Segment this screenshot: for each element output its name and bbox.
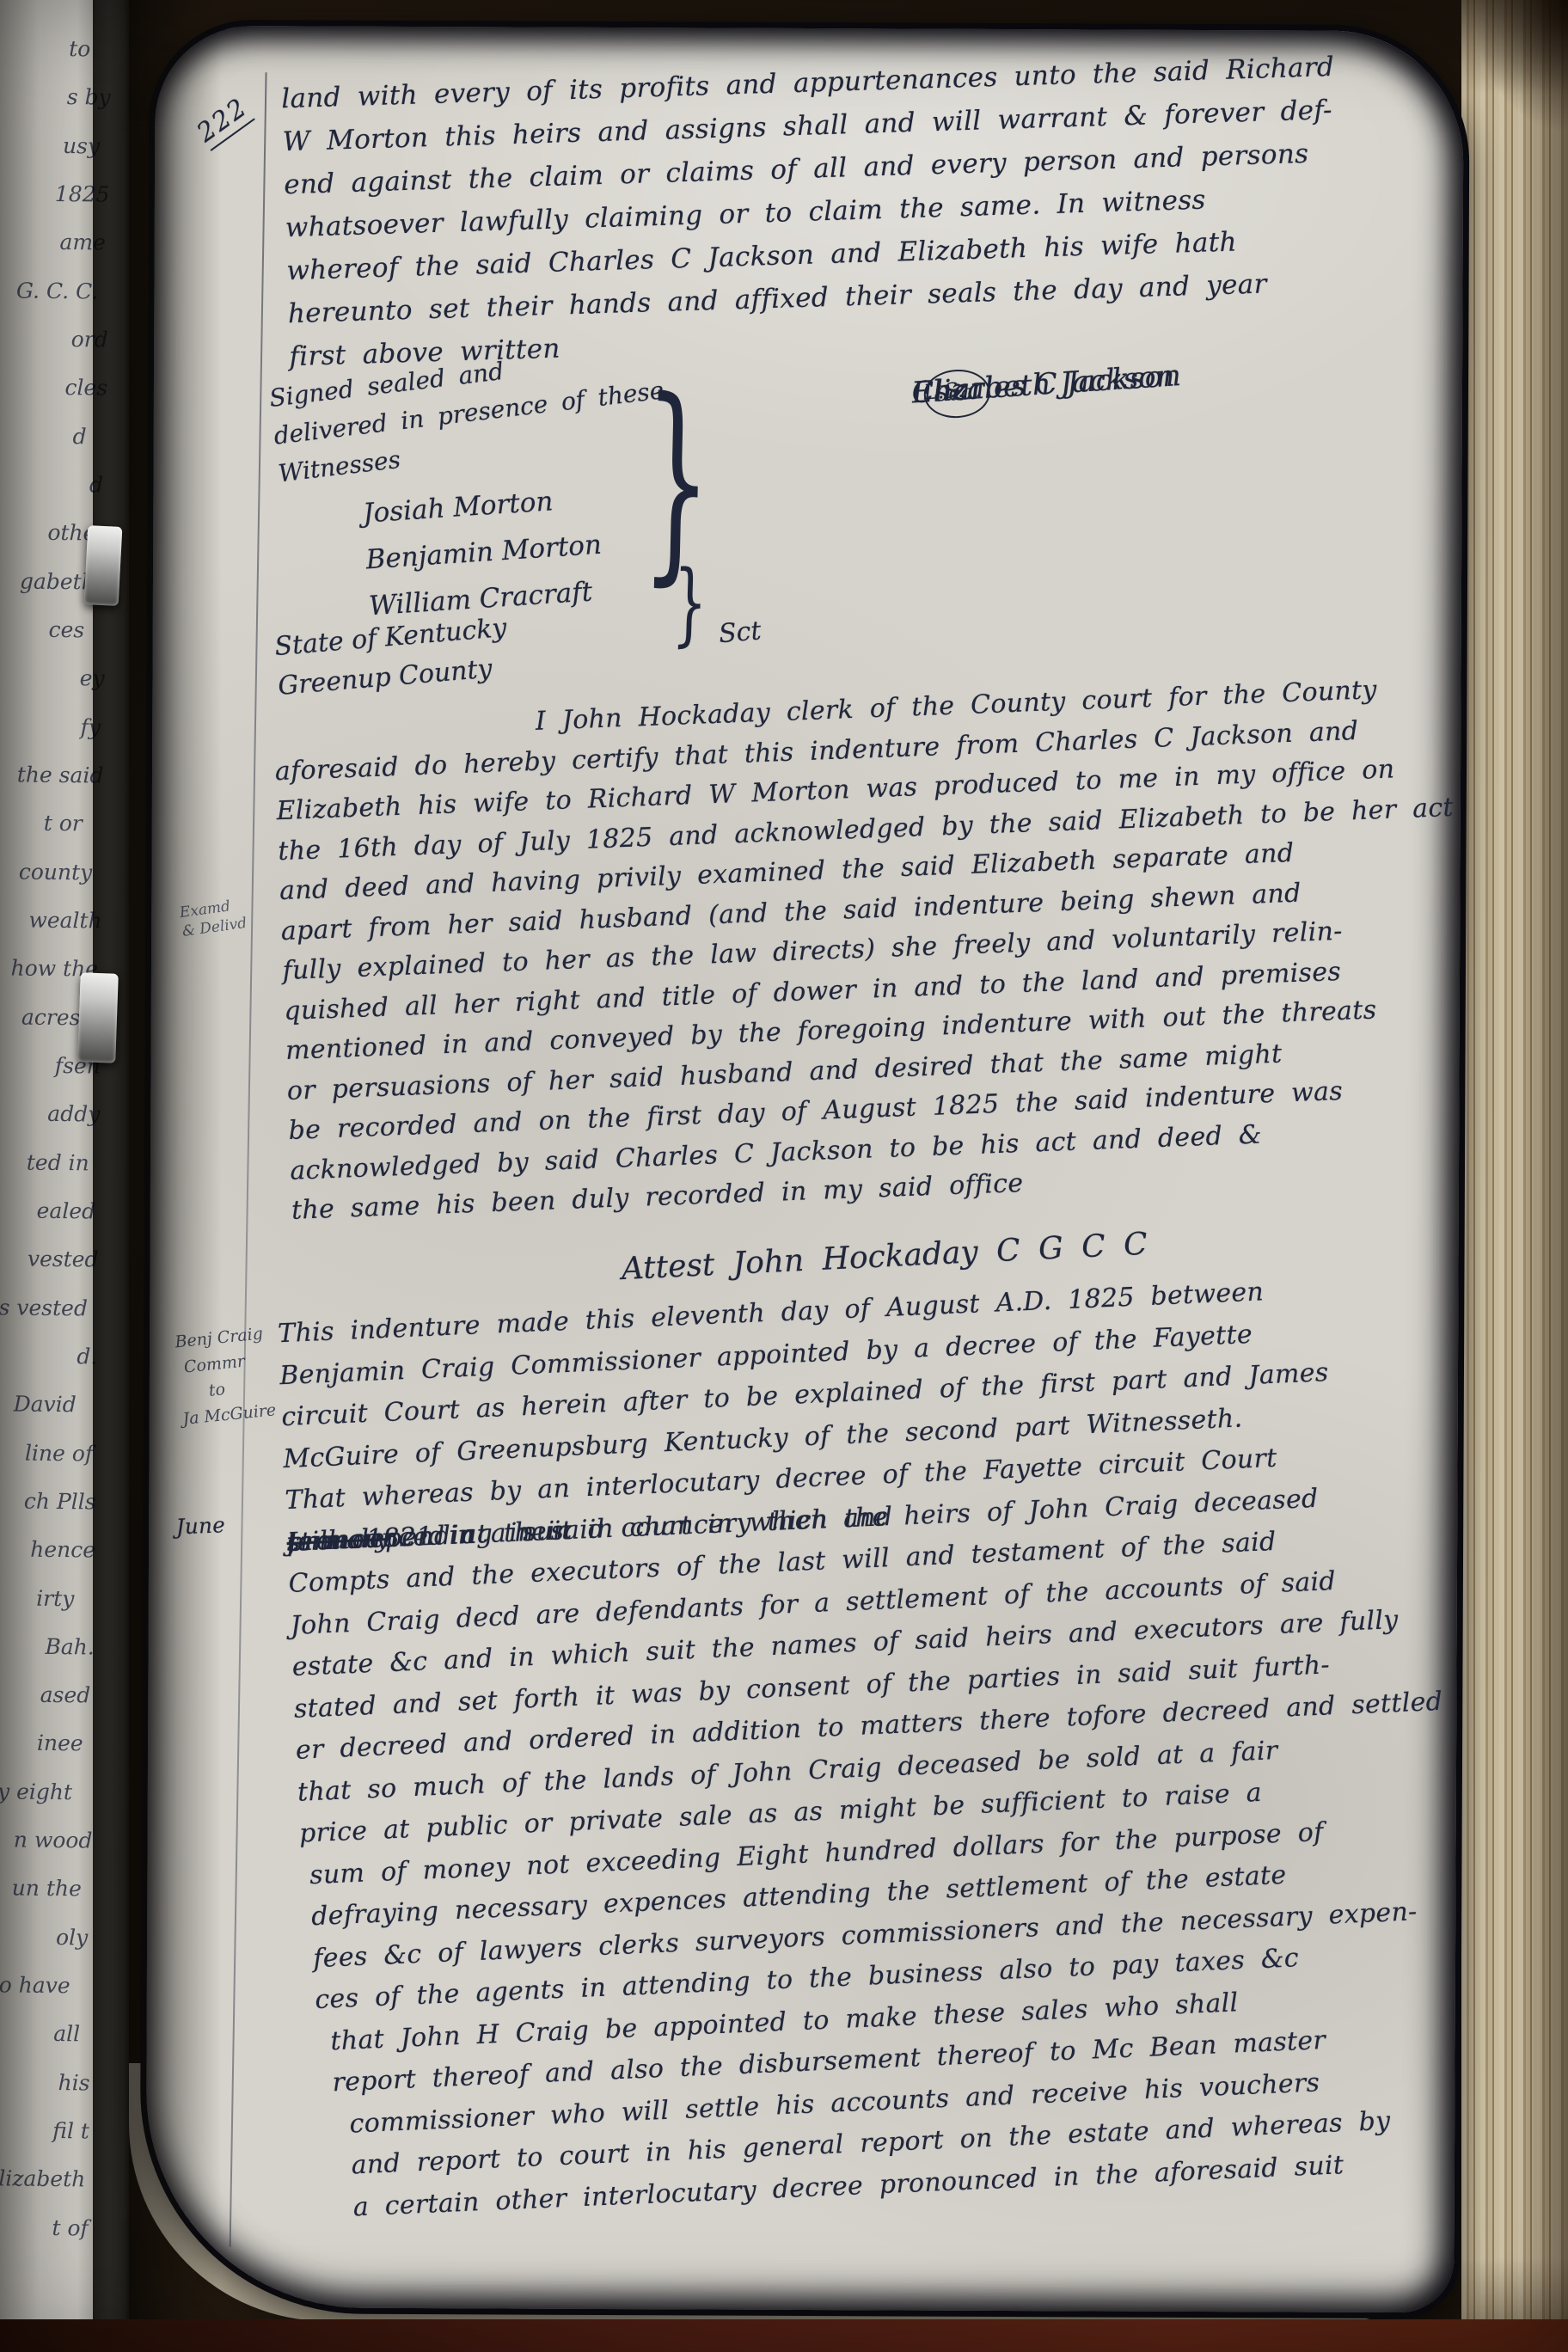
text-line: 1825	[55, 183, 110, 205]
text-line: d.	[77, 1345, 97, 1367]
text-line: y eight	[0, 1780, 72, 1803]
text-line: n wood	[14, 1829, 93, 1852]
text-line: ame	[59, 231, 106, 254]
text-line: ord	[71, 328, 108, 350]
page-number: 222	[192, 92, 255, 151]
margin-rule-line	[230, 72, 267, 2247]
seal-mark: L.S.	[922, 370, 965, 413]
text-line: ased	[40, 1684, 91, 1706]
text-line: ealed	[36, 1200, 95, 1222]
text-line: ces	[48, 619, 84, 640]
binding-post-icon	[84, 525, 123, 606]
text-line: ch Plls	[24, 1490, 96, 1512]
deed-book-photo: tos byusy1825ameG. C. C.ordclesddotherga…	[0, 0, 1568, 2352]
text-line: vested	[28, 1248, 99, 1271]
sct-label: Sct	[717, 611, 763, 654]
text-line: wealth	[28, 910, 102, 932]
text-line: line of	[25, 1442, 93, 1464]
text-line: the said	[17, 763, 104, 786]
jurisdiction-brace: }	[671, 582, 707, 624]
text-line: d	[72, 426, 86, 447]
text-line: usy	[63, 135, 100, 156]
deed-book-page: 222 land with every of its profits and a…	[139, 20, 1470, 2319]
facing-page-sliver: tos byusy1825ameG. C. C.ordclesddotherga…	[0, 0, 129, 2326]
acknowledgment-certificate-paragraph: I John Hockaday clerk of the County cour…	[273, 667, 1495, 1232]
text-line: ey	[80, 668, 105, 689]
table-surface	[0, 2319, 1568, 2352]
text-line: s by	[67, 86, 111, 108]
clerk-margin-note: Examd& Delivd	[179, 895, 248, 941]
text-line: David	[14, 1393, 77, 1416]
text-line: to	[69, 38, 90, 59]
facing-page-text-fragments: tos byusy1825ameG. C. C.ordclesddotherga…	[0, 37, 121, 2239]
jurisdiction-caption: State of Kentucky Greenup County } Sct	[273, 609, 511, 707]
text-line: G. C. C.	[16, 279, 99, 302]
text-line: s vested	[0, 1296, 88, 1319]
text-line: irty	[36, 1587, 74, 1608]
text-line: Bah.	[45, 1636, 95, 1658]
text-line: t of	[52, 2217, 89, 2239]
deed-craig-margin-note: Benj CraigCommrtoJa McGuire	[174, 1322, 258, 1432]
deed-craig-paragraph: This indenture made this eleventh day of…	[277, 1262, 1518, 2230]
text-line: all	[53, 2023, 80, 2044]
text-line: ted in	[27, 1151, 89, 1173]
text-line: fy	[80, 716, 101, 738]
text-line: inee	[37, 1732, 83, 1755]
attest-line: Attest John Hockaday C G C C	[621, 1227, 1148, 1287]
text-line: cles	[64, 377, 107, 399]
witness-names: Josiah MortonBenjamin MortonWilliam Crac…	[361, 475, 606, 630]
text-line: t or	[44, 812, 83, 834]
text-line: Elizabeth	[0, 2168, 85, 2190]
text-line: acres	[21, 1006, 81, 1028]
deed-jackson-continuation-paragraph: land with every of its profits and appur…	[281, 41, 1485, 378]
binding-post-icon	[77, 972, 119, 1063]
text-line: d	[89, 474, 103, 495]
text-line: county	[19, 861, 93, 883]
text-line: addy	[47, 1103, 100, 1125]
text-line: fil t	[52, 2120, 89, 2141]
text-line: oly	[56, 1926, 88, 1948]
text-line: un the	[12, 1877, 82, 1900]
edited-word: June	[175, 1506, 177, 1547]
text-line: to have	[0, 1974, 70, 1996]
text-line: his	[58, 2072, 89, 2093]
text-line: hence	[30, 1539, 95, 1561]
